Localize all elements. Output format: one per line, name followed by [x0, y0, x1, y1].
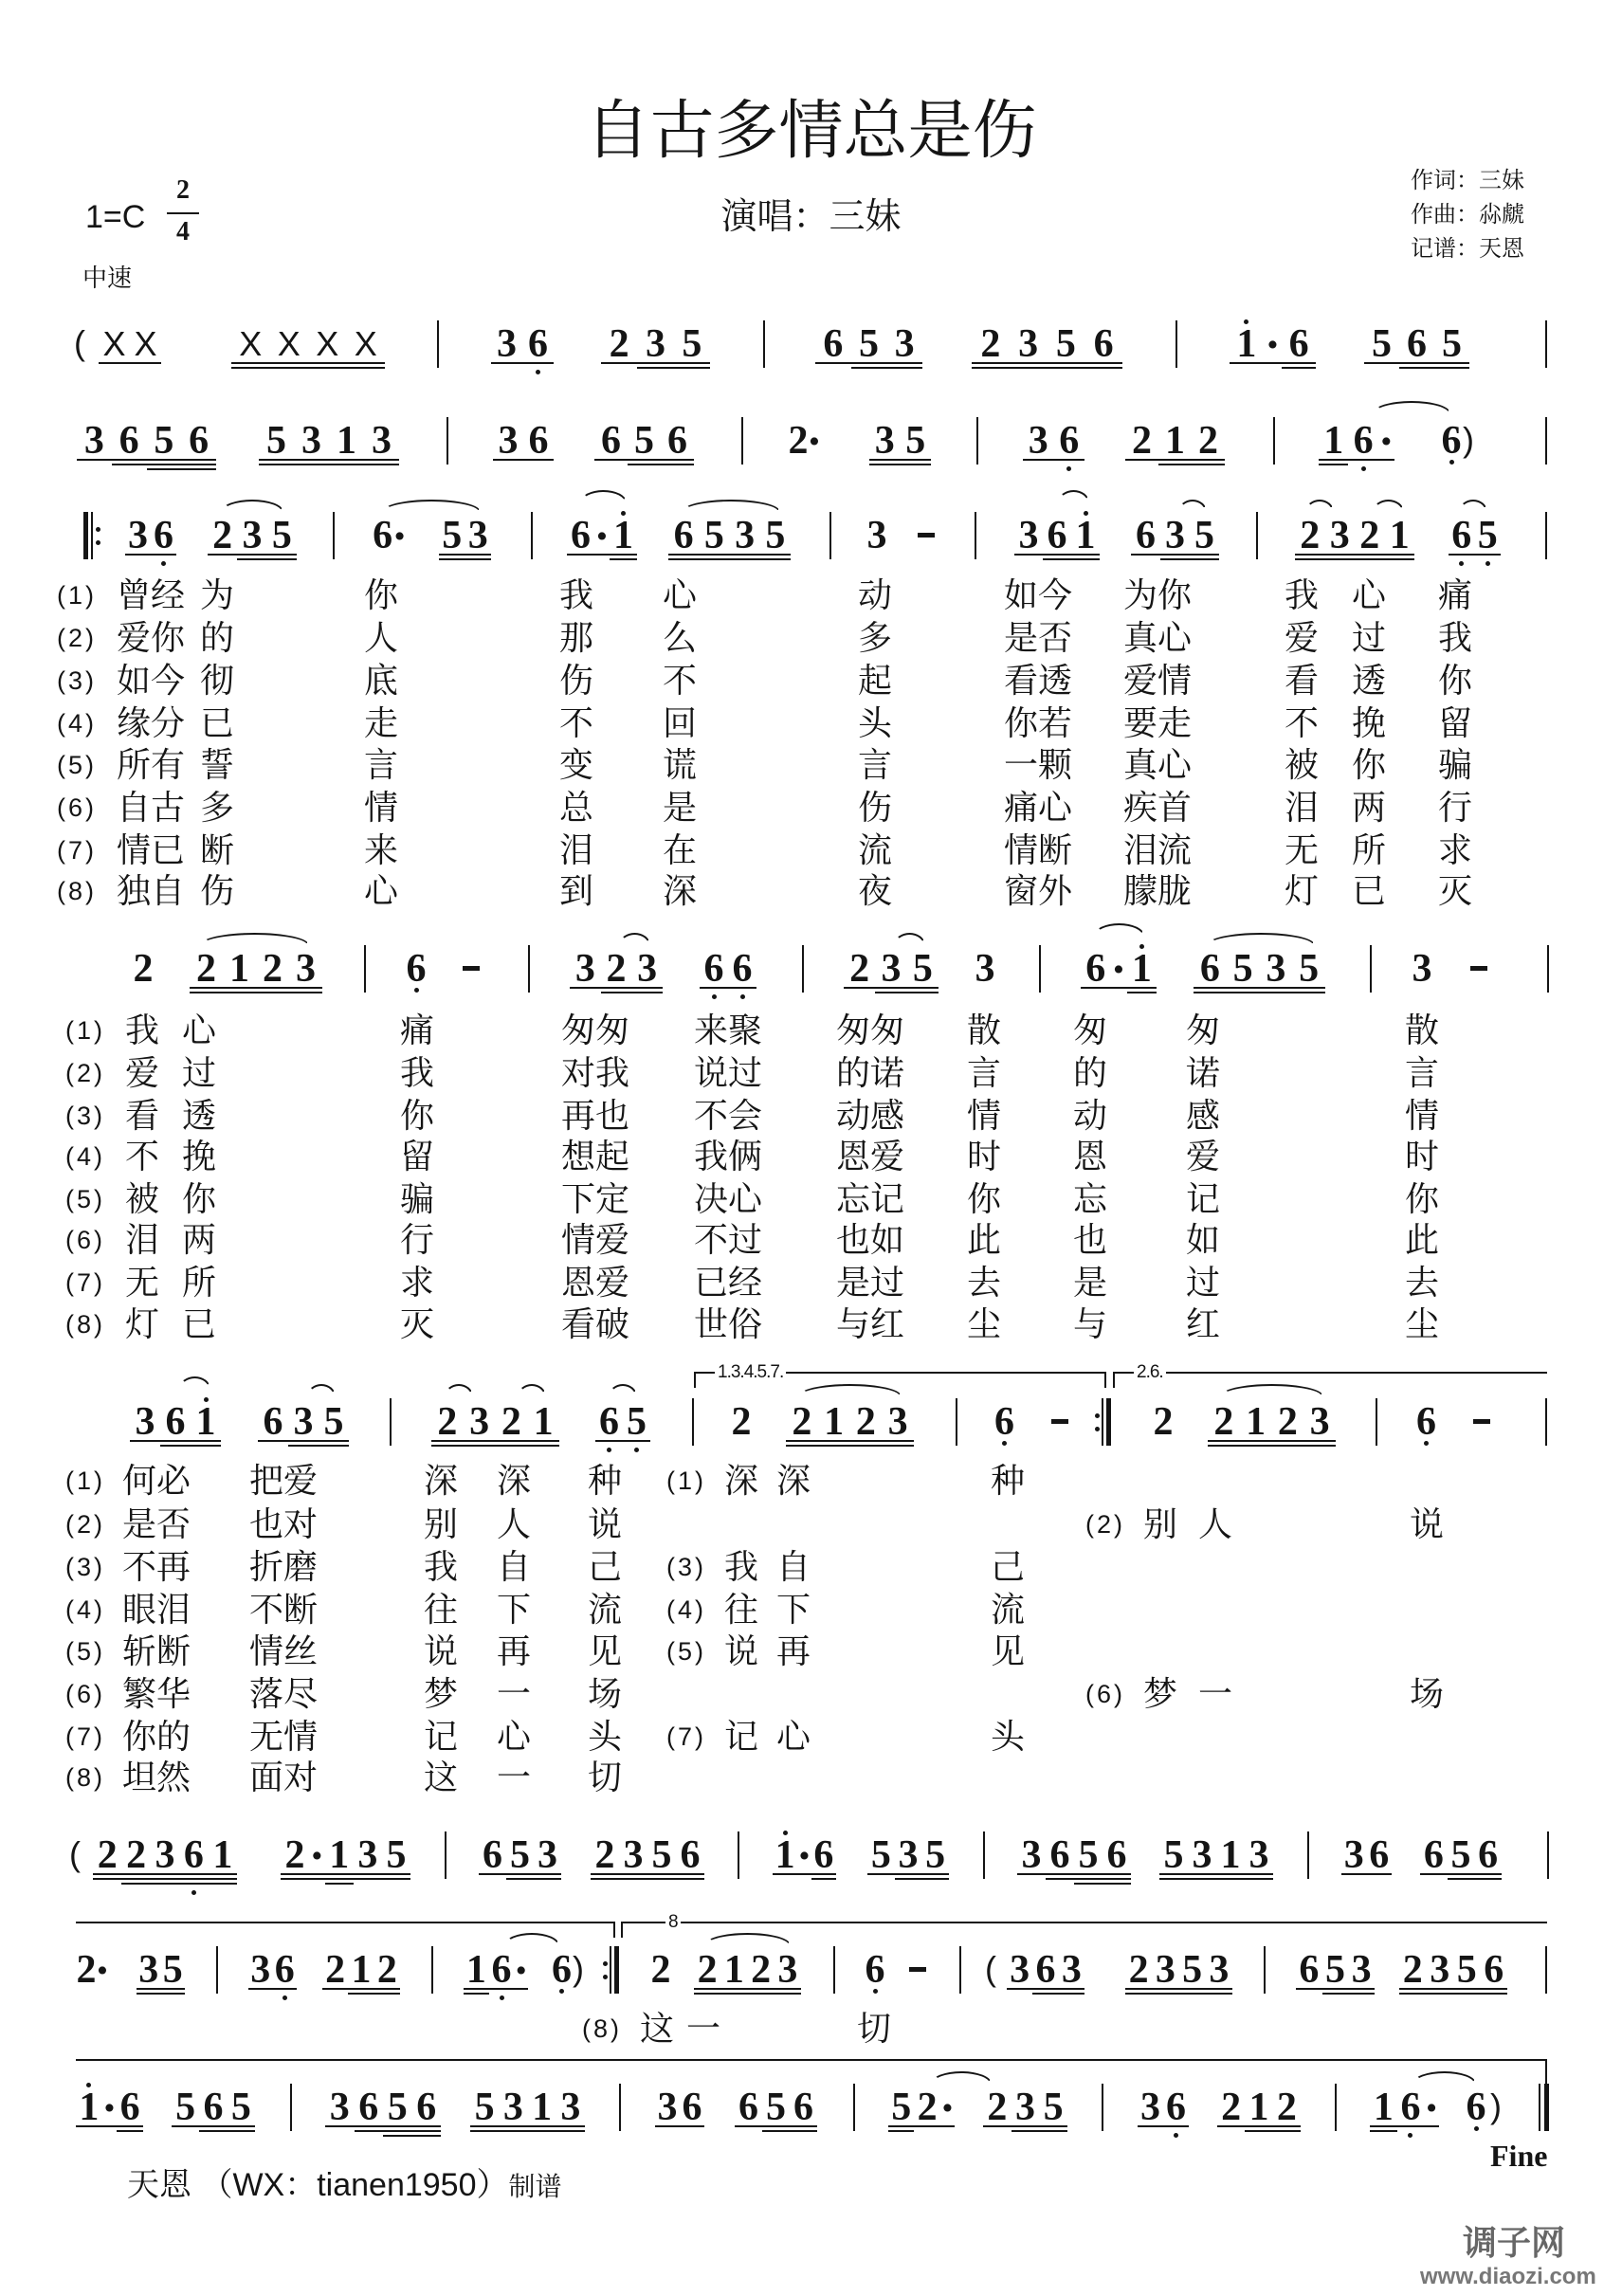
note: 6 [676, 1834, 704, 1876]
lyric-cell: 坦然 [122, 1759, 191, 1795]
underline [209, 1873, 237, 1875]
underline [1048, 367, 1085, 369]
lyric-cell: 此 [1405, 1222, 1439, 1258]
underline [610, 554, 637, 556]
lyric-cell: 自古 [117, 790, 185, 826]
note: 1 [1127, 948, 1157, 990]
underline [637, 367, 673, 369]
lyric-cell: 说 [724, 1633, 758, 1669]
underline [256, 992, 289, 993]
octave-dot-below [559, 1989, 564, 1994]
note: 5 [267, 515, 297, 556]
lyric-cell: 也如 [836, 1222, 904, 1258]
lyric-cell: 你 [1405, 1181, 1439, 1217]
note-digit: 2 [365, 1949, 410, 1991]
volta-bracket: 1.3.4.5.7. [694, 1372, 1106, 1388]
song-title: 自古多情总是伤 [0, 91, 1622, 171]
note-digit: 1 [1376, 515, 1425, 556]
note: 1 [527, 1401, 559, 1443]
lyric-cell: 真心 [1123, 747, 1192, 783]
note: 5 [623, 1401, 650, 1443]
underline [850, 1445, 883, 1447]
slur [580, 490, 627, 502]
underline [775, 1988, 801, 1990]
underline [1427, 1993, 1454, 1995]
underline [364, 459, 399, 461]
note-digit: 6 [396, 948, 436, 990]
note: 6 [865, 1949, 885, 1991]
note-group: 3 [1412, 948, 1432, 990]
note: 3 [975, 948, 995, 990]
note-digit: 5 [152, 1949, 195, 1991]
note-digit: 6 [1272, 323, 1325, 365]
note-group: 3656 [77, 420, 216, 462]
note-group: 1·6 [76, 2086, 143, 2128]
lyric-cell: 深 [663, 873, 697, 909]
underline [674, 367, 710, 369]
underline [668, 558, 699, 560]
note: 3 [1059, 1949, 1084, 1991]
slur [682, 500, 780, 512]
note-group: 1·6 [773, 1834, 836, 1876]
slur [1373, 401, 1450, 413]
slur [445, 1384, 473, 1396]
note-group: 2321 [431, 1401, 559, 1443]
underline [1043, 558, 1071, 560]
barline [1545, 1946, 1547, 1994]
lyric-cell: 求 [400, 1265, 434, 1301]
repeat-dot [1095, 1427, 1100, 1431]
note-digit: 5 [309, 1401, 358, 1443]
underline [319, 1440, 349, 1442]
lyric-cell: 想起 [561, 1139, 629, 1175]
note-group: 5313 [470, 2086, 585, 2128]
underline [288, 1445, 319, 1447]
lyric-cell: 不过 [694, 1222, 762, 1258]
underline [1240, 1445, 1272, 1447]
lyric-cell: 记 [1186, 1181, 1220, 1217]
note-group: 6·1 [1081, 948, 1157, 990]
lyric-cell: 恩爱 [836, 1139, 904, 1175]
verse-label: (1) [666, 1464, 706, 1498]
lyric-cell: 爱 [1186, 1139, 1220, 1175]
underline [1192, 459, 1225, 461]
note-group: 361 [130, 1401, 221, 1443]
arranger-footer: 天恩 （WX：tianen1950）制谱 [127, 2166, 562, 2206]
lyric-cell: 再 [776, 1633, 811, 1669]
lyric-line: (6)泪两行情爱不过也如此也如此 [0, 1222, 1622, 1258]
note: 6 [661, 420, 694, 462]
note-group: 16· [464, 1949, 528, 1991]
lyric-cell: 窗外 [1004, 873, 1072, 909]
lyric-cell: 被 [125, 1181, 159, 1217]
note-digit: 6 [1045, 420, 1095, 462]
lyric-cell: 来 [364, 832, 398, 868]
underline [121, 1883, 150, 1885]
note: 3 [775, 1949, 801, 1991]
lyric-cell: 散 [967, 1012, 1001, 1048]
barline [975, 512, 976, 559]
note: 6 [1465, 2086, 1487, 2128]
underline [674, 362, 710, 364]
note-group: 235 [844, 948, 939, 990]
note: 3 [1412, 948, 1432, 990]
lyric-cell: 你 [400, 1098, 434, 1134]
underline [431, 1445, 464, 1447]
underline [181, 459, 216, 461]
lyric-cell: 伤 [858, 790, 892, 826]
note-digit: 6 [719, 948, 766, 990]
note: 6 [1474, 1834, 1502, 1876]
note-digit: 1 [181, 1401, 230, 1443]
time-signature-denominator: 4 [167, 218, 199, 246]
verse-label: (3) [65, 1099, 105, 1133]
underline [112, 464, 147, 465]
note: 1 [1071, 515, 1100, 556]
lyric-cell: 心 [182, 1012, 216, 1048]
lyric-cell: 尘 [967, 1306, 1001, 1342]
lyric-cell: 痛心 [1004, 790, 1072, 826]
lyric-cell: 断 [200, 832, 234, 868]
underline [161, 1988, 186, 1990]
note: 1 [209, 1834, 237, 1876]
octave-dot-above [1084, 511, 1088, 516]
underline [762, 2130, 790, 2132]
octave-dot-below [1174, 2133, 1178, 2138]
note: 3 [882, 1401, 914, 1443]
rhythm-note: X [347, 323, 386, 365]
barline [390, 1398, 392, 1446]
note: 6 [1481, 1949, 1508, 1991]
lyric-line: (8)独自伤心到深夜窗外朦胧灯已灭 [0, 873, 1622, 909]
fine-marking: Fine [1490, 2139, 1547, 2173]
augmentation-dot-glyph: · [504, 1949, 538, 1991]
note-group: 653 [815, 323, 922, 365]
lyric-cell: 人 [1198, 1506, 1232, 1542]
note-digit: 3 [765, 1949, 811, 1991]
underline [355, 2130, 384, 2132]
barline [1039, 945, 1041, 993]
note-group: 16· [1370, 2086, 1439, 2128]
lyric-cell: 心 [1352, 577, 1386, 613]
note-group: 2356 [1399, 1949, 1507, 1991]
lyric-cell: 痛 [1438, 577, 1472, 613]
note-digit: 3 [1294, 1401, 1345, 1443]
lyric-cell: 匆匆 [561, 1012, 629, 1048]
lyric-cell: 我 [559, 577, 593, 613]
lyric-cell: 变 [559, 747, 593, 783]
lyric-cell: 不会 [694, 1098, 762, 1134]
note-group: 635 [1131, 515, 1219, 556]
underline [556, 2125, 585, 2127]
lyric-cell: 头 [991, 1719, 1025, 1755]
watermark-site-name: 调子网 [1463, 2222, 1565, 2264]
close-parenthesis: ) [573, 1950, 584, 1988]
lyric-cell: 爱 [125, 1055, 159, 1091]
lyric-cell: 是 [1073, 1265, 1107, 1301]
note-digit: 6 [855, 1949, 895, 1991]
underline [1032, 1993, 1058, 1995]
repeat-dot [603, 1975, 608, 1979]
underline [1378, 459, 1394, 461]
underline [412, 2130, 442, 2132]
lyric-cell: 两 [1352, 790, 1386, 826]
underline [270, 367, 309, 369]
lyric-cell: 已经 [694, 1265, 762, 1301]
underline [412, 2125, 442, 2127]
lyric-cell: 动 [1073, 1098, 1107, 1134]
note-digit: 6 [1154, 2086, 1198, 2128]
note-group: 6 [1440, 420, 1463, 462]
underline [228, 2125, 255, 2127]
lyric-cell: 那 [559, 620, 593, 656]
underline [231, 367, 270, 369]
lyric-cell: 感 [1186, 1098, 1220, 1134]
underline [464, 1445, 496, 1447]
underline [191, 1440, 221, 1442]
underline [117, 2125, 143, 2127]
lyric-cell: 痛 [400, 1012, 434, 1048]
underline [1074, 1878, 1103, 1880]
underline [1453, 1993, 1481, 1995]
underline [1348, 1988, 1375, 1990]
lyric-cell: 的诺 [836, 1055, 904, 1091]
composer-credit: 作曲：尛虤 [1411, 200, 1524, 230]
close-parenthesis: ) [1490, 2087, 1502, 2125]
lyric-cell: 不 [559, 705, 593, 741]
underline [281, 1878, 309, 1880]
underline [1282, 362, 1316, 364]
note-group: 3 [866, 515, 887, 556]
verse-label: (6) [1085, 1677, 1125, 1711]
verse-label: (1) [57, 578, 97, 612]
lyric-cell: 曾经 [117, 577, 185, 613]
volta-bracket: 8 [621, 1922, 1547, 1938]
lyric-line: (1)深深种 [0, 1463, 1622, 1499]
final-barline [1539, 2084, 1558, 2131]
note-group: 22361 [93, 1834, 237, 1876]
note-digit: 3 [524, 1834, 571, 1876]
underline [1125, 1993, 1152, 1995]
octave-dot-below [873, 1989, 878, 1994]
underline [161, 1993, 186, 1995]
underline [556, 2130, 585, 2132]
note-group: 363 [1007, 1949, 1084, 1991]
note-digit: 3 [622, 948, 672, 990]
lyric-cell: 也 [1073, 1222, 1107, 1258]
note: 3 [534, 1834, 561, 1876]
lyric-cell: 场 [1410, 1676, 1444, 1712]
underline [147, 468, 182, 470]
lyric-cell: 灭 [400, 1306, 434, 1342]
underline [907, 992, 939, 993]
underline [209, 1883, 237, 1885]
note: 1 [1385, 515, 1415, 556]
singer-credit: 演唱：三妹 [0, 195, 1622, 239]
note: 5 [382, 1834, 410, 1876]
underline [1059, 1993, 1084, 1995]
augmentation-dot: · [514, 1949, 528, 1991]
lyric-cell: 情已 [117, 832, 185, 868]
note: 6 [1440, 420, 1463, 462]
note-group: 2·135 [281, 1834, 410, 1876]
underline [1448, 1878, 1475, 1880]
fraction-line [167, 212, 199, 214]
note-group: 2 [731, 1401, 752, 1443]
note: 6 [117, 2086, 143, 2128]
lyric-cell: 切 [588, 1759, 622, 1795]
lyric-cell: 言 [967, 1055, 1001, 1091]
note-group: 212 [1217, 2086, 1301, 2128]
lyric-line: (2)爱你的人那么多是否真心爱过我 [0, 620, 1622, 656]
lyric-line: (2)别人说 [0, 1506, 1622, 1542]
octave-dot-below [1485, 561, 1490, 566]
underline [869, 464, 901, 465]
underline [289, 987, 322, 989]
note-group: 323 [570, 948, 663, 990]
note-digit: 6 [141, 515, 186, 556]
underline [1272, 1445, 1304, 1447]
volta-label: 8 [665, 1911, 681, 1934]
underline [882, 1440, 914, 1442]
note-digit: 6 [1471, 1949, 1518, 1991]
underline [680, 2125, 704, 2127]
underline [1475, 554, 1502, 556]
lyric-cell: 己 [991, 1549, 1025, 1585]
octave-dot-below [712, 994, 717, 999]
note: 3 [866, 515, 887, 556]
lyric-cell: 世俗 [694, 1306, 762, 1342]
barline [1175, 320, 1177, 368]
lyric-cell: 我俩 [694, 1139, 762, 1175]
underline [1084, 367, 1122, 369]
barline [290, 2084, 292, 2131]
underline [523, 459, 554, 461]
note-group: 5313 [259, 420, 399, 462]
underline [1295, 558, 1325, 560]
lyric-cell: 再也 [561, 1098, 629, 1134]
underline [199, 2130, 227, 2132]
staff-row: 362356·536·165353361635232165 [0, 515, 1622, 556]
underline [647, 1878, 676, 1880]
lyric-cell: 为你 [1123, 577, 1192, 613]
lyric-cell: 么 [663, 620, 697, 656]
underline [267, 554, 297, 556]
lyric-cell: 下 [776, 1592, 811, 1628]
lyric-cell: 到 [559, 873, 593, 909]
lyric-cell: 动 [858, 577, 892, 613]
underline [1152, 1993, 1178, 1995]
barline [1545, 417, 1547, 465]
underline [527, 1440, 559, 1442]
note-digit: 5 [898, 948, 948, 990]
note-group: 35 [869, 420, 931, 462]
underline [1348, 1993, 1375, 1995]
lyric-cell: 灯 [125, 1306, 159, 1342]
octave-dot-below [536, 370, 540, 374]
note-digit: 5 [891, 420, 941, 462]
lyric-cell: 去 [1405, 1265, 1439, 1301]
underline [294, 464, 329, 465]
verse-label: (3) [57, 664, 97, 698]
note-digit: 6 [514, 420, 563, 462]
note-group: 36 [655, 2086, 704, 2128]
time-signature: 2 4 [167, 176, 199, 246]
lyric-cell: 总 [559, 790, 593, 826]
lyric-cell: 是 [663, 790, 697, 826]
note-group: 635 [258, 1401, 349, 1443]
lyric-cell: 你 [182, 1181, 216, 1217]
lyric-cell: 我 [400, 1055, 434, 1091]
staff-row: 3616352321652212362212361.3.4.5.7.2.6. [0, 1401, 1622, 1443]
note-group: XX [99, 323, 161, 365]
note-group: 3656 [1017, 1834, 1131, 1876]
lyric-cell: 的 [1073, 1055, 1107, 1091]
underline [1054, 459, 1085, 461]
lyric-cell: 这 [424, 1759, 458, 1795]
augmentation-dot: · [1378, 420, 1394, 462]
underline [1481, 1988, 1508, 1990]
lyric-cell: 不 [1285, 705, 1319, 741]
octave-dot-above [204, 1397, 209, 1402]
barline [763, 320, 765, 368]
lyric-cell: 心 [776, 1719, 811, 1755]
staff-row: XXXXXX3623565323561·6565( [0, 323, 1622, 365]
staff-row: 2212363236623536·165353 [0, 948, 1622, 990]
note-digit: 5 [218, 2086, 264, 2128]
underline [383, 2130, 412, 2132]
note: 3 [1206, 1949, 1232, 1991]
lyric-cell: 诺 [1186, 1055, 1220, 1091]
barline [431, 1946, 433, 1994]
note-digit: 2 [123, 948, 163, 990]
lyric-line: (5)所有誓言变谎言一颗真心被你骗 [0, 747, 1622, 783]
underline [786, 1445, 818, 1447]
underline [875, 992, 906, 993]
slur [1058, 490, 1089, 502]
music-score-page: 自古多情总是伤 演唱：三妹 1=C 2 4 中速 作词：三妹 作曲：尛虤 记谱：… [0, 0, 1622, 2296]
lyric-cell: 灭 [1438, 873, 1472, 909]
slur [1373, 500, 1404, 512]
repeat-end-sign [1095, 1398, 1114, 1446]
lyric-cell: 切 [857, 2011, 891, 2047]
underline [1474, 1878, 1502, 1880]
augmentation-dot-glyph: · [1369, 420, 1404, 462]
note: 3 [1303, 1401, 1336, 1443]
lyric-cell: 所 [182, 1265, 216, 1301]
lyric-cell: 别 [1143, 1506, 1177, 1542]
note: 2 [1273, 2086, 1301, 2128]
underline [347, 367, 386, 369]
lyric-cell: 缘分 [117, 705, 185, 741]
lyric-cell: 忘 [1073, 1181, 1107, 1217]
lyric-line: (3)看透你再也不会动感情动感情 [0, 1098, 1622, 1134]
underline [374, 1993, 400, 1995]
lyric-cell: 骗 [400, 1181, 434, 1217]
note-group: 5313 [1159, 1834, 1273, 1876]
underline [181, 464, 216, 465]
note: 6 [1103, 1834, 1131, 1876]
verse-label: (1) [65, 1013, 105, 1048]
barline [1264, 1946, 1266, 1994]
verse-label: (2) [57, 621, 97, 655]
barline [1376, 1398, 1377, 1446]
lyric-cell: 见 [991, 1633, 1025, 1669]
lyric-cell: 如今 [117, 663, 185, 699]
lyric-cell: 真心 [1123, 620, 1192, 656]
lyric-cell: 一 [497, 1759, 531, 1795]
lyric-cell: 你 [1352, 747, 1386, 783]
